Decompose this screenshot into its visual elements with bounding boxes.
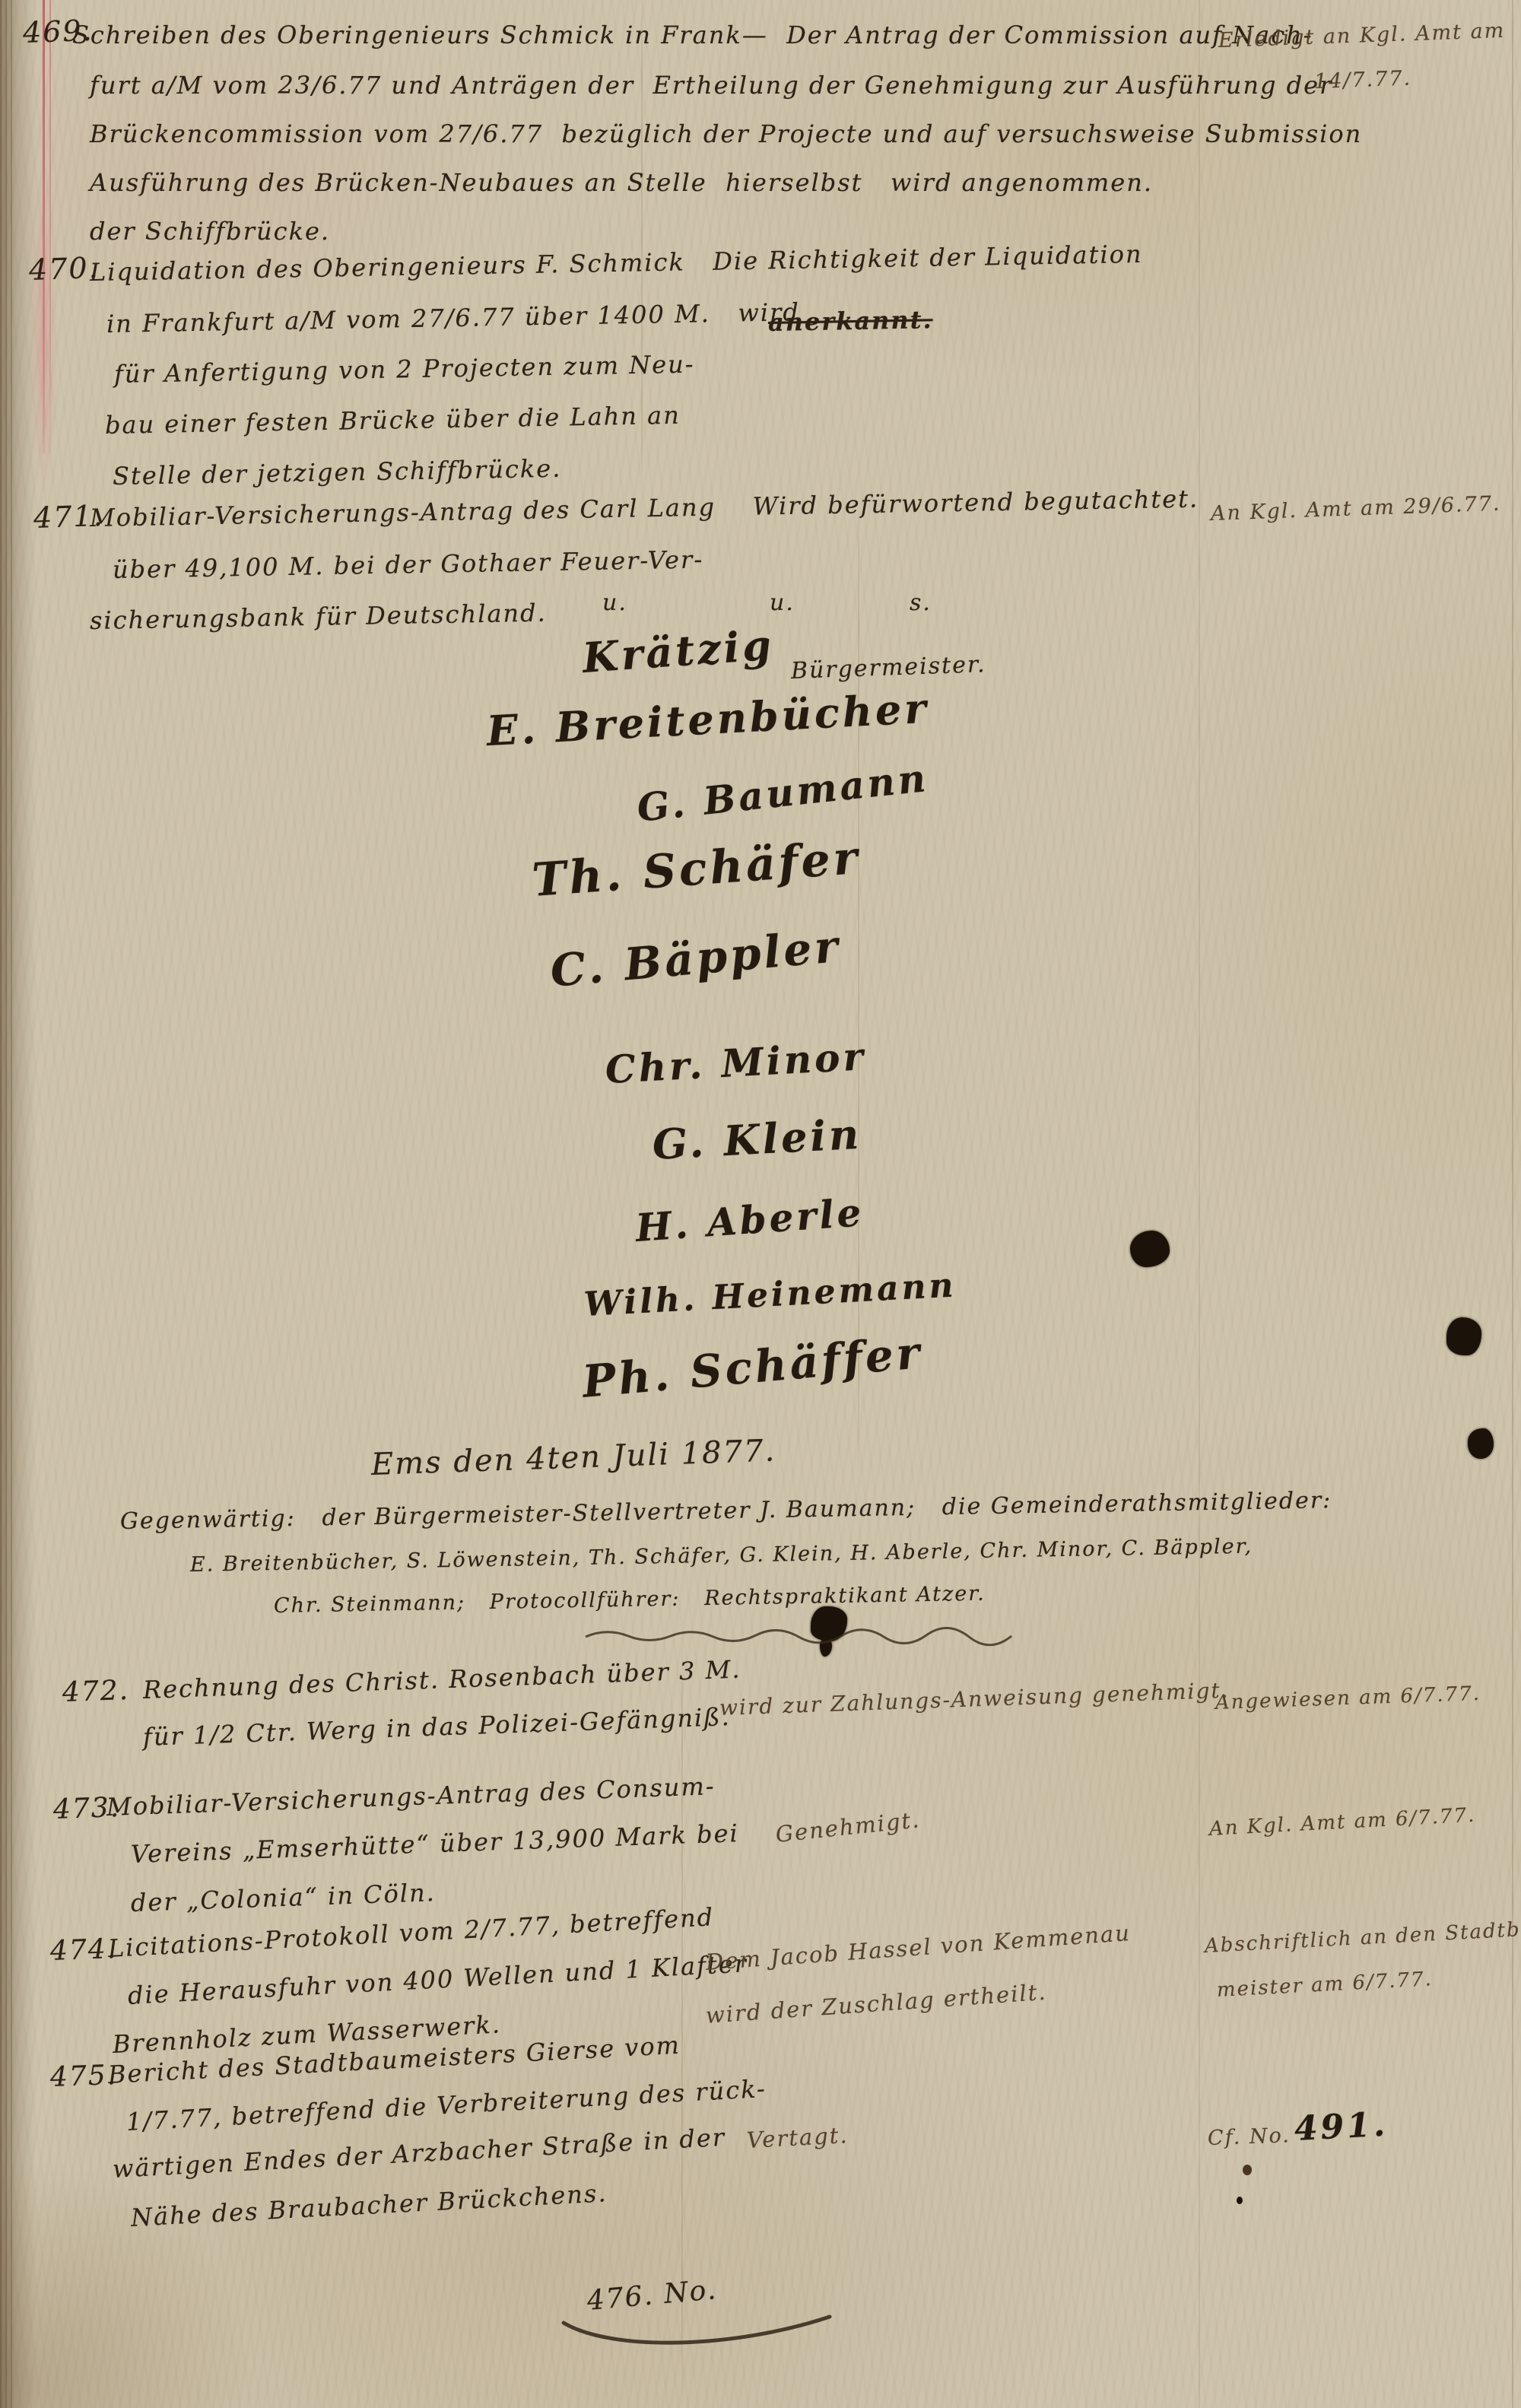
red-ink-smear <box>30 175 56 502</box>
entry-474-line-2: die Herausfuhr von 400 Wellen und 1 Klaf… <box>127 1951 748 2008</box>
entry-474-line-6: Abschriftlich an den Stadtbau- <box>1204 1918 1521 1956</box>
entry-474-line-7: meister am 6/7.77. <box>1216 1969 1433 2000</box>
ink-spot <box>1243 2165 1252 2175</box>
signatures-line-10: Ph. Schäffer <box>580 1330 924 1404</box>
attendance-line-1: E. Breitenbücher, S. Löwenstein, Th. Sch… <box>190 1536 1253 1575</box>
entry-474-line-5: wird der Zuschlag ertheilt. <box>705 1981 1047 2027</box>
signatures-line-0: Krätzig <box>581 624 775 678</box>
closing-marks-line-0: u. <box>602 592 627 615</box>
margin-column-crease <box>1199 0 1200 2408</box>
attendance-line-2: Chr. Steinmann; Protocollführer: Rechtsp… <box>274 1584 986 1616</box>
entry-469-line-5: der Schiffbrücke. <box>90 219 330 243</box>
entry-469-line-7: 14/7.77. <box>1314 68 1412 92</box>
entry-475-line-4: Nähe des Braubacher Brückchens. <box>130 2181 608 2230</box>
ink-blot <box>1446 1317 1481 1355</box>
wavy-underline-flourish <box>584 1625 1025 1646</box>
entry-470-line-5: bau einer festen Brücke über die Lahn an <box>105 403 681 437</box>
entry-469-line-3: Brückencommission vom 27/6.77 bezüglich … <box>90 122 1362 146</box>
closing-marks-line-2: s. <box>910 592 932 615</box>
date-line-line-0: Ems den 4ten Juli 1877. <box>370 1435 776 1480</box>
entry-471-line-1: Mobiliar-Versicherungs-Antrag des Carl L… <box>90 487 1199 530</box>
entry-475-line-6: Cf. No. <box>1208 2125 1291 2149</box>
entry-473-line-5: An Kgl. Amt am 6/7.77. <box>1208 1806 1476 1839</box>
entry-473-line-2: Vereins „Emserhütte“ über 13,900 Mark be… <box>130 1821 739 1866</box>
entry-473-line-4: Genehmigt. <box>774 1809 921 1846</box>
entry-470-line-6: Stelle der jetzigen Schiffbrücke. <box>113 456 562 488</box>
entry-469-line-1: Schreiben des Oberingenieurs Schmick in … <box>72 23 1313 47</box>
signatures-line-6: Chr. Minor <box>605 1037 867 1089</box>
signatures-line-2: E. Breitenbücher <box>486 688 930 751</box>
entry-471-line-2: über 49,100 M. bei der Gothaer Feuer-Ver… <box>113 547 704 582</box>
entry-472-line-4: Angewiesen am 6/7.77. <box>1215 1684 1481 1713</box>
entry-475-line-5: Vertagt. <box>746 2124 849 2152</box>
entry-472-line-0: 472. <box>62 1677 129 1707</box>
signatures-line-3: G. Baumann <box>635 759 930 828</box>
signatures-line-5: C. Bäppler <box>548 924 842 993</box>
entry-469-line-4: Ausführung des Brücken-Neubaues an Stell… <box>90 170 1153 195</box>
entry-471-line-4: An Kgl. Amt am 29/6.77. <box>1211 494 1501 524</box>
entry-470-line-4: für Anfertigung von 2 Projecten zum Neu- <box>114 352 695 386</box>
manuscript-page: 469.Schreiben des Oberingenieurs Schmick… <box>0 0 1521 2408</box>
entry-473-line-1: Mobiliar-Versicherungs-Antrag des Consum… <box>106 1774 716 1819</box>
ink-blot <box>1468 1428 1494 1459</box>
signatures-line-8: H. Aberle <box>634 1193 865 1247</box>
entry-470-line-3: anerkannt. <box>768 307 933 335</box>
catchword-line-0: 476. No. <box>586 2276 718 2315</box>
catchword-underline-flourish <box>559 2312 840 2355</box>
entry-470-line-1: Liquidation des Oberingenieurs F. Schmic… <box>90 242 1143 284</box>
signatures-line-7: G. Klein <box>652 1113 863 1165</box>
entry-472-line-3: wird zur Zahlungs-Anweisung genehmigt. <box>719 1680 1230 1719</box>
entry-471-line-3: sicherungsbank für Deutschland. <box>90 601 547 633</box>
signatures-line-1: Bürgermeister. <box>790 653 986 683</box>
entry-472-line-2: für 1/2 Ctr. Werg in das Polizei-Gefängn… <box>142 1704 731 1749</box>
ink-blot <box>1130 1231 1170 1267</box>
right-page-edge <box>1512 0 1513 2408</box>
entry-473-line-3: der „Colonia“ in Cöln. <box>130 1880 436 1915</box>
entry-470-line-2: in Frankfurt a/M vom 27/6.77 über 1400 M… <box>106 300 800 336</box>
entry-474-line-4: Dem Jacob Hassel von Kemmenau <box>705 1922 1132 1974</box>
ink-spot <box>1237 2197 1243 2204</box>
entry-469-line-2: furt a/M vom 23/6.77 und Anträgen der Er… <box>90 73 1332 97</box>
entry-475-line-7: 491. <box>1294 2108 1389 2146</box>
closing-marks-line-1: u. <box>770 592 795 615</box>
entry-472-line-1: Rechnung des Christ. Rosenbach über 3 M. <box>142 1657 741 1702</box>
signatures-line-4: Th. Schäfer <box>531 835 862 904</box>
attendance-line-0: Gegenwärtig: der Bürgermeister-Stellvert… <box>120 1489 1332 1533</box>
signatures-line-9: Wilh. Heinemann <box>583 1269 957 1322</box>
entry-475-line-3: wärtigen Endes der Arzbacher Straße in d… <box>112 2125 726 2181</box>
